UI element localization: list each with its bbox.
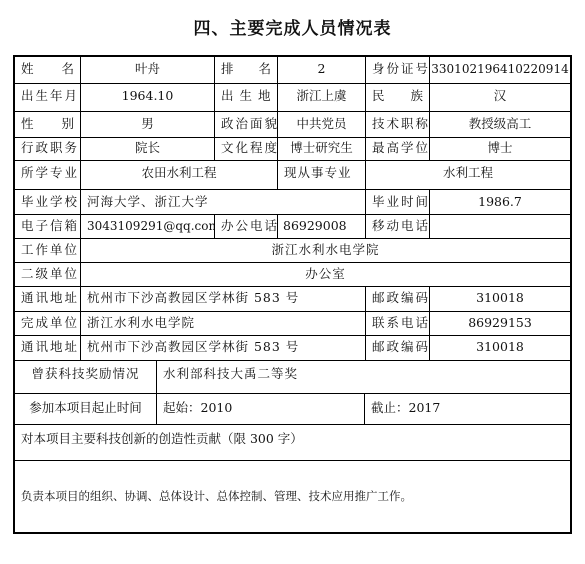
postcode1-value: 310018 [430,287,570,312]
name-label: 姓名 [15,57,81,84]
gender-label: 性别 [15,112,81,138]
current-field-value: 水利工程 [366,161,570,190]
birthplace-label: 出 生 地 [215,84,278,112]
politics-value: 中共党员 [278,112,366,138]
id-label: 身份证号 [366,57,430,84]
title-rank-label: 技术职称 [366,112,430,138]
ethnicity-label-a: 民 [372,90,385,103]
address1-label: 通讯地址 [15,287,81,312]
postcode2-value: 310018 [430,336,570,361]
gender-label-b: 别 [61,118,74,131]
ethnicity-label-b: 族 [410,90,423,103]
period-start: 起始：2010 [157,394,365,425]
office-phone-value: 86929008 [278,215,366,239]
major-label: 所学专业 [15,161,81,190]
completion-unit-label: 完成单位 [15,312,81,336]
completion-unit-value: 浙江水利水电学院 [81,312,366,336]
period-end: 截止：2017 [365,394,570,425]
contribution-value: 负责本项目的组织、协调、总体设计、总体控制、管理、技术应用推广工作。 [15,461,570,532]
office-phone-label: 办公电话 [215,215,278,239]
address2-value: 杭州市下沙高教园区学林街 583 号 [81,336,366,361]
awards-label: 曾获科技奖励情况 [15,361,157,394]
name-label-b: 名 [61,63,74,76]
sub-unit-label: 二级单位 [15,263,81,287]
title-rank-value: 教授级高工 [430,112,570,138]
sub-unit-value: 办公室 [81,263,570,287]
contribution-label: 对本项目主要科技创新的创造性贡献（限 300 字） [15,425,570,461]
id-value: 330102196410220914 [430,57,570,84]
period-label: 参加本项目起止时间 [15,394,157,425]
admin-post-value: 院长 [81,138,215,161]
work-unit-label: 工作单位 [15,239,81,263]
birth-label: 出生年月 [15,84,81,112]
politics-label: 政治面貌 [215,112,278,138]
grad-time-value: 1986.7 [430,190,570,215]
rank-label: 排名 [215,57,278,84]
mobile-label: 移动电话 [366,215,430,239]
school-value: 河海大学、浙江大学 [81,190,366,215]
education-value: 博士研究生 [278,138,366,161]
major-value: 农田水利工程 [81,161,278,190]
name-value: 叶舟 [81,57,215,84]
address2-label: 通讯地址 [15,336,81,361]
rank-label-b: 名 [258,63,271,76]
postcode1-label: 邮政编码 [366,287,430,312]
awards-value: 水利部科技大禹二等奖 [157,361,570,394]
name-label-a: 姓 [21,63,34,76]
contact-phone-value: 86929153 [430,312,570,336]
admin-post-label: 行政职务 [15,138,81,161]
gender-value: 男 [81,112,215,138]
work-unit-value: 浙江水利水电学院 [81,239,570,263]
education-label: 文化程度 [215,138,278,161]
email-label: 电子信箱 [15,215,81,239]
degree-label: 最高学位 [366,138,430,161]
rank-label-a: 排 [221,63,234,76]
gender-label-a: 性 [21,118,34,131]
rank-value: 2 [278,57,366,84]
birth-value: 1964.10 [81,84,215,112]
birthplace-value: 浙江上虞 [278,84,366,112]
current-field-label: 现从事专业 [278,161,366,190]
mobile-value [430,215,570,239]
ethnicity-value: 汉 [430,84,570,112]
page-title: 四、主要完成人员情况表 [0,14,585,39]
ethnicity-label: 民族 [366,84,430,112]
email-value: 3043109291@qq.com [81,215,215,239]
degree-value: 博士 [430,138,570,161]
personnel-table: 姓名 叶舟 排名 2 身份证号 330102196410220914 出生年月 … [13,55,572,534]
grad-time-label: 毕业时间 [366,190,430,215]
postcode2-label: 邮政编码 [366,336,430,361]
contact-phone-label: 联系电话 [366,312,430,336]
address1-value: 杭州市下沙高教园区学林街 583 号 [81,287,366,312]
school-label: 毕业学校 [15,190,81,215]
